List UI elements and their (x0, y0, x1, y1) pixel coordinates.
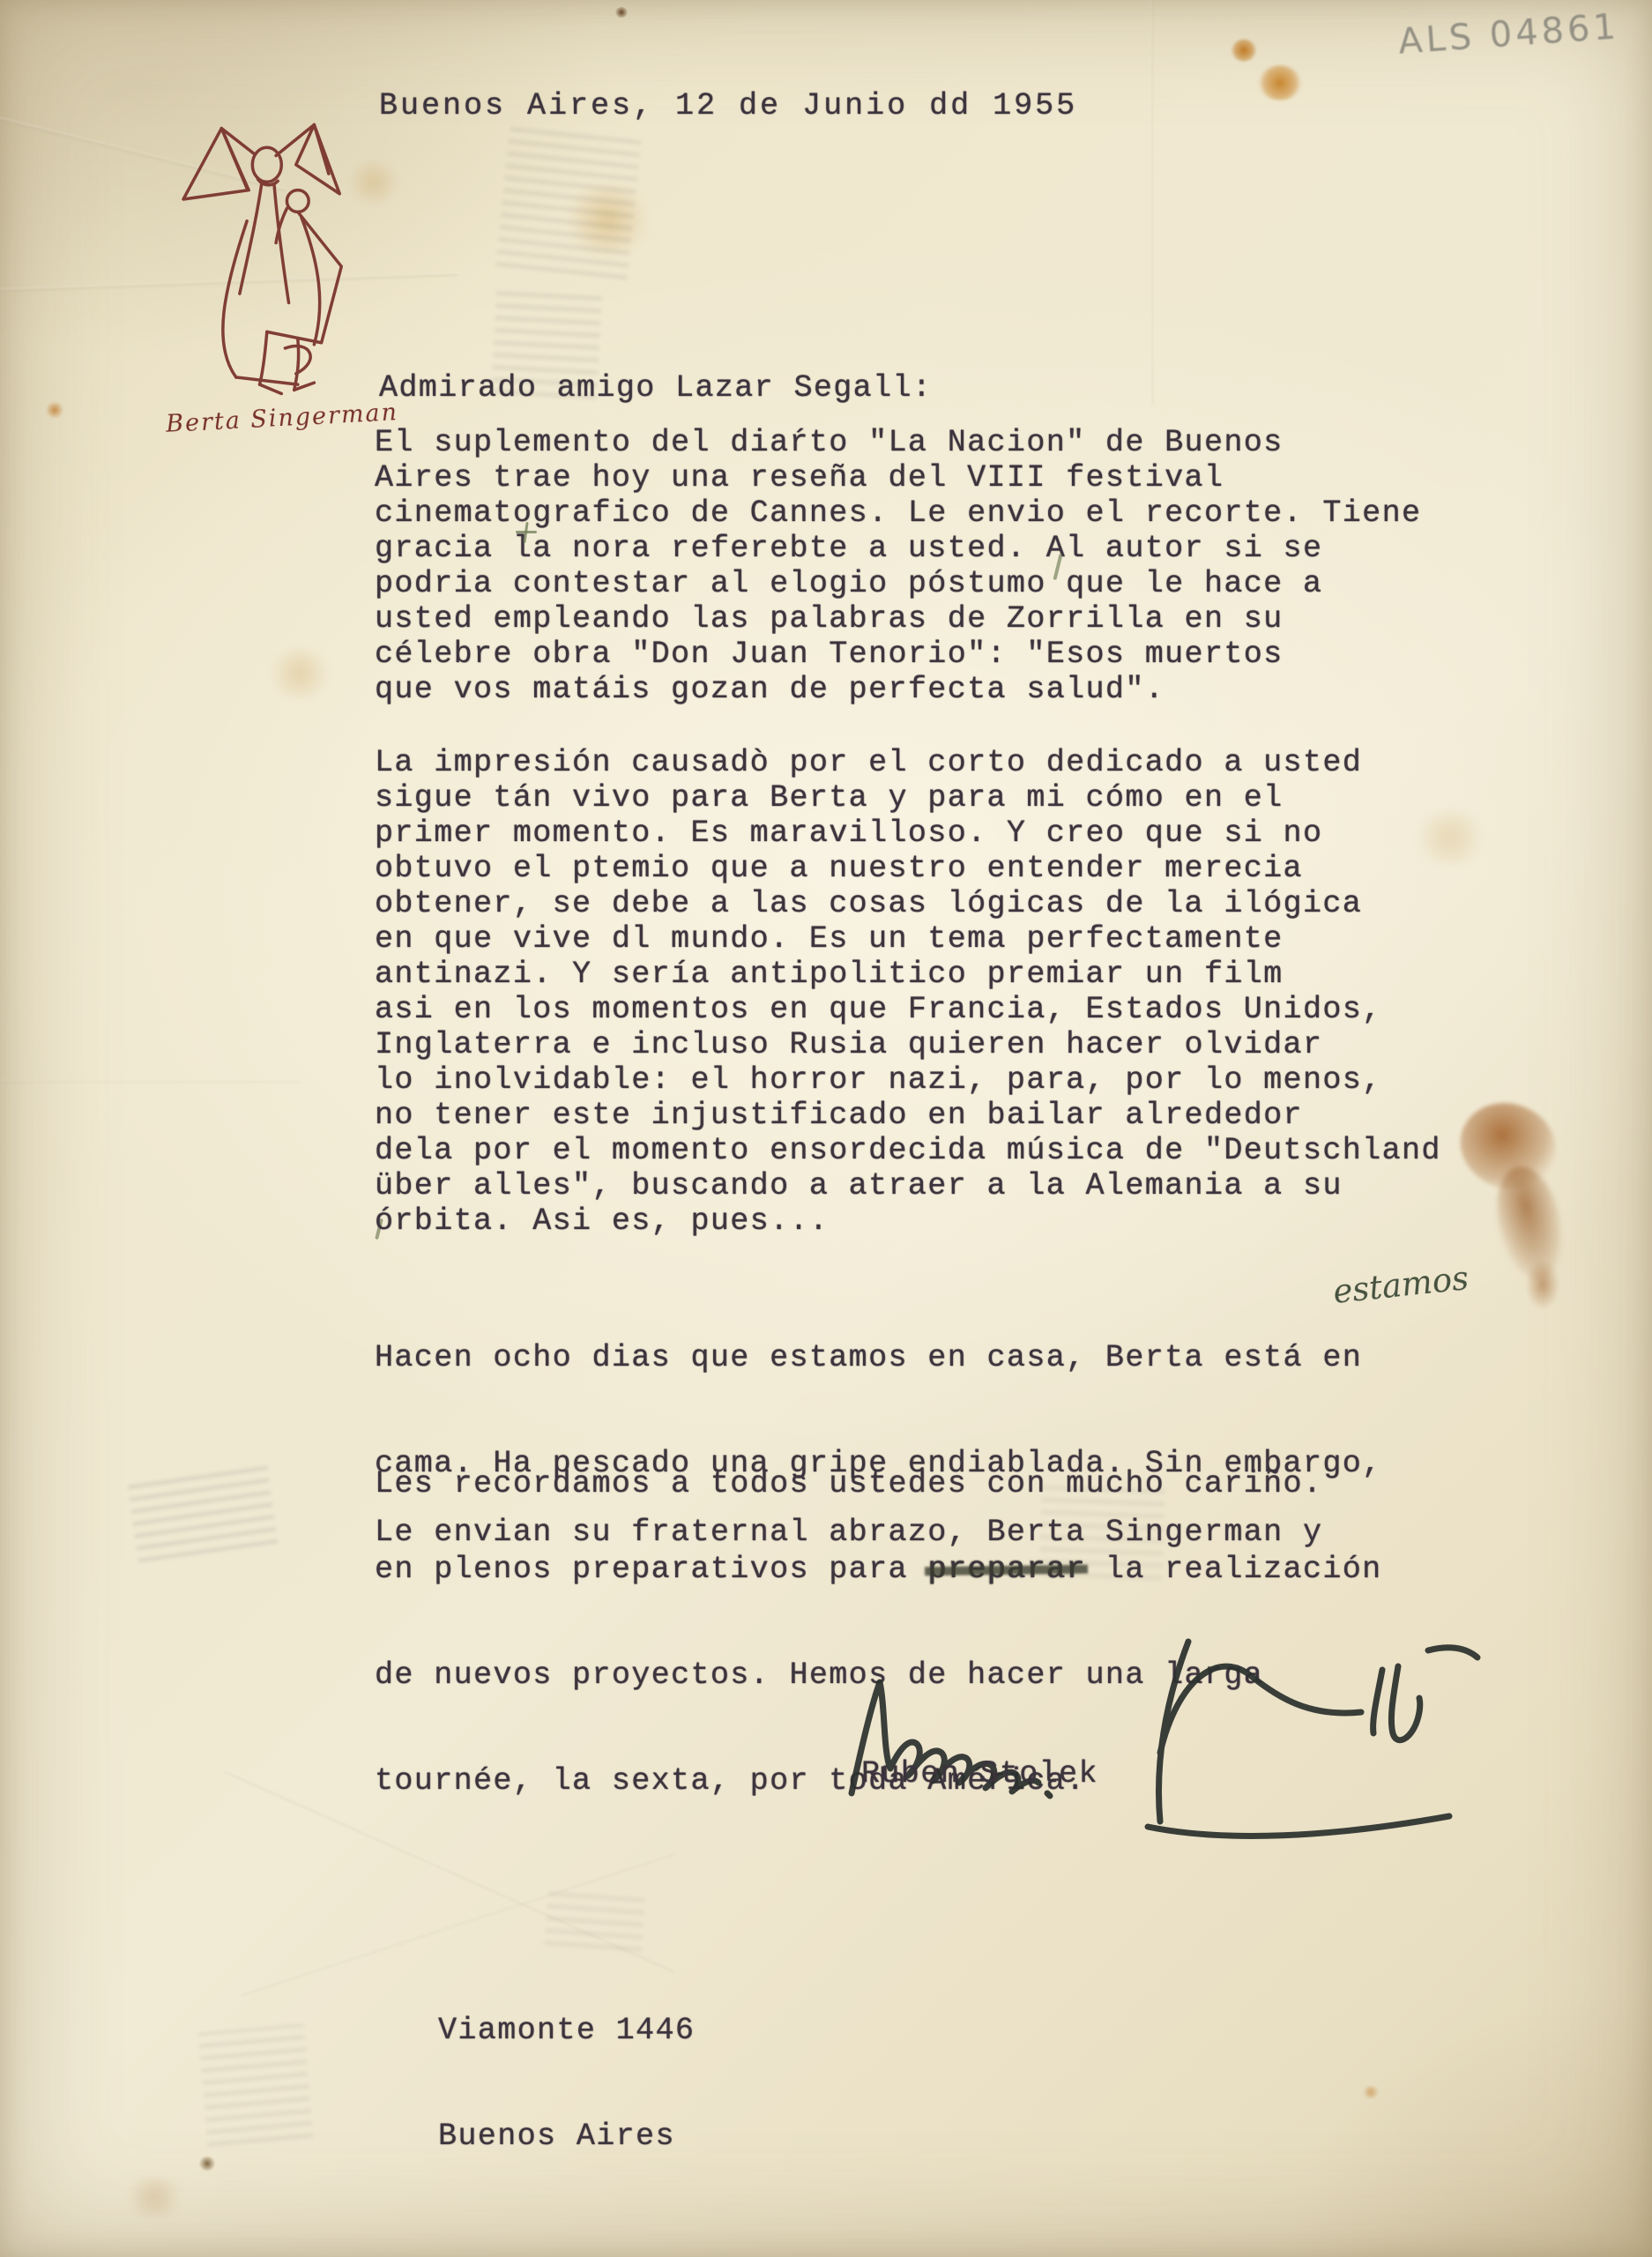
ink-ghost-smudge (198, 2023, 314, 2147)
paper-crease (1150, 0, 1153, 406)
letter-line: sigue tán vivo para Berta y para mi cómo… (375, 780, 1441, 816)
ink-ghost-smudge (495, 126, 642, 280)
yellow-stain (564, 185, 652, 254)
rust-stain (1231, 39, 1257, 62)
address-line: Buenos Aires (438, 2119, 695, 2154)
line-segment: en plenos preparativos para (375, 1552, 927, 1587)
brown-stain (1448, 1090, 1568, 1203)
letter-line: lo inolvidable: el horror nazi, para, po… (375, 1062, 1441, 1098)
letter-sheet: ALS 04861 Buenos Aires, 12 de Junio dd 1… (0, 0, 1652, 2257)
dancing-figure-icon (159, 110, 388, 410)
letter-line: cinematografico de Cannes. Le envio el r… (375, 495, 1421, 531)
letter-line: über alles", buscando a atraer a la Alem… (375, 1168, 1441, 1203)
brown-stain (1487, 1160, 1571, 1285)
letter-line: obtuvo el ptemio que a nuestro entender … (375, 851, 1441, 886)
fleck-stain (199, 2156, 215, 2171)
fleck-stain (1363, 2086, 1379, 2098)
fleck-stain (123, 2178, 185, 2216)
letter-line: no tener este injustificado en bailar al… (375, 1098, 1441, 1133)
letter-line: asi en los momentos en que Francia, Esta… (375, 992, 1441, 1027)
paper-crease (0, 1080, 300, 1083)
fleck-stain (615, 7, 628, 18)
letter-line: La impresión causadò por el corto dedica… (375, 745, 1441, 780)
letter-line: en plenos preparativos para preparar la … (375, 1552, 1382, 1587)
letter-line: primer momento. Es maravilloso. Y creo q… (375, 816, 1441, 851)
yellow-stain (264, 648, 335, 699)
signature-ink-icon (811, 1620, 1516, 1858)
handwritten-signature (811, 1620, 1516, 1858)
fleck-stain (46, 402, 63, 418)
address-block: Viamonte 1446 Buenos Aires (438, 1942, 695, 2224)
date-line: Buenos Aires, 12 de Junio dd 1955 (379, 88, 1077, 123)
handwritten-margin-note: estamos (1331, 1259, 1470, 1311)
letterhead-dancer-drawing (159, 110, 388, 410)
paragraph-1: El suplemento del diaŕto "La Nacion" de … (375, 425, 1421, 707)
letter-line: El suplemento del diaŕto "La Nacion" de … (375, 425, 1421, 460)
letter-line: órbita. Asi es, pues... (375, 1203, 1441, 1239)
paragraph-2: La impresión causadò por el corto dedica… (375, 745, 1441, 1239)
letter-line: gracia la nora referebte a usted. Al aut… (375, 531, 1421, 566)
letter-line: dela por el momento ensordecida música d… (375, 1133, 1441, 1168)
letter-line: que vos matáis gozan de perfecta salud". (375, 672, 1421, 707)
letter-line: en que vive dl mundo. Es un tema perfect… (375, 921, 1441, 957)
rust-stain (1259, 65, 1301, 101)
letter-line: antinazi. Y sería antipolitico premiar u… (375, 957, 1441, 992)
letter-line: Hacen ocho dias que estamos en casa, Ber… (375, 1340, 1382, 1375)
catalog-number-pencil-note: ALS 04861 (1397, 6, 1621, 62)
closing-line-1: Les recordamos a todos ustedes con mucho… (375, 1466, 1322, 1501)
struck-out-word: preparar (927, 1552, 1085, 1587)
letter-line: Inglaterra e incluso Rusia quieren hacer… (375, 1027, 1441, 1062)
pencil-smudge (128, 1464, 279, 1562)
letter-line: Aires trae hoy una reseña del VIII festi… (375, 460, 1421, 495)
letter-line: obtener, se debe a las cosas lógicas de … (375, 886, 1441, 921)
letter-line: célebre obra "Don Juan Tenorio": "Esos m… (375, 637, 1421, 672)
brown-stain (1527, 1261, 1559, 1308)
salutation: Admirado amigo Lazar Segall: (379, 370, 932, 406)
closing-line-2: Le envian su fraternal abrazo, Berta Sin… (375, 1515, 1322, 1550)
letter-line: podria contestar al elogio póstumo que l… (375, 566, 1421, 601)
address-line: Viamonte 1446 (438, 2013, 695, 2048)
line-segment: la realización (1086, 1552, 1382, 1587)
typed-signature-name: Ruben Stolek (861, 1756, 1098, 1791)
letter-line: usted empleando las palabras de Zorrilla… (375, 601, 1421, 637)
